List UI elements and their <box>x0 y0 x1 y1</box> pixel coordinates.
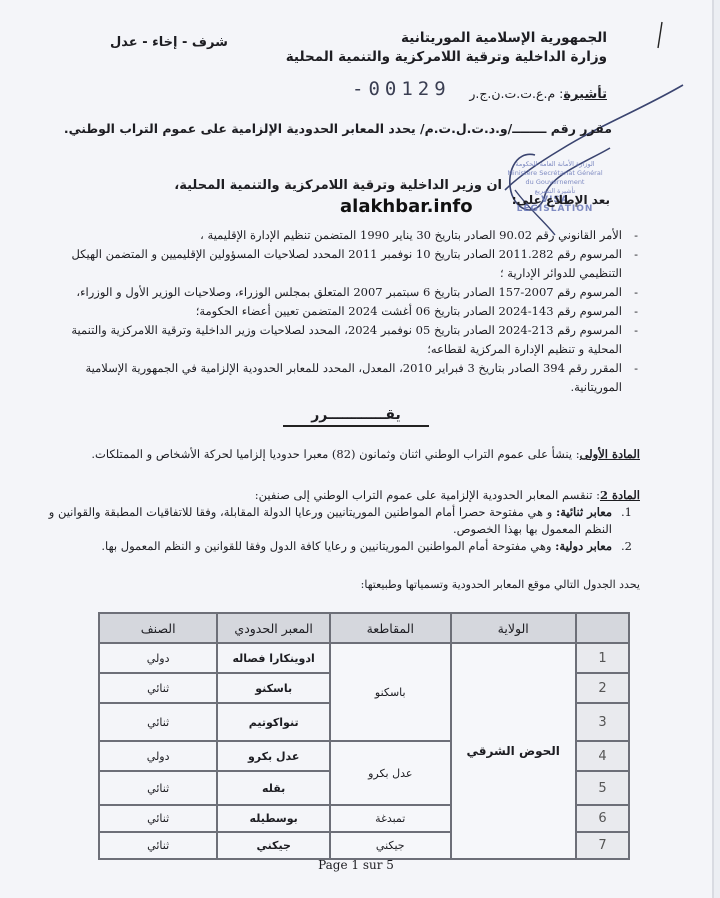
category-desc: وهي مفتوحة أمام المواطنين الموريتانيين و… <box>101 539 555 553</box>
stamp-line: الوزارة الأمانة العامة للحكومة <box>505 160 605 169</box>
type-cell: ثنائي <box>99 771 217 805</box>
type-cell: دولي <box>99 643 217 673</box>
moughataa-cell: تمبدغة <box>330 805 450 832</box>
document-page: الجمهورية الإسلامية الموريتانية وزارة ال… <box>0 0 714 898</box>
moughataa-cell: باسكنو <box>330 643 450 741</box>
decree-title: مقرر رقم ــــــــ/و.د.ت.ل.ت.م/ يحدد المع… <box>52 121 612 136</box>
header-num <box>576 613 629 643</box>
row-number: 5 <box>576 771 629 805</box>
article-1-label: المادة الأولى <box>580 447 640 461</box>
crossing-cell: عدل بكرو <box>217 741 330 771</box>
watermark: alakhbar.info <box>340 196 473 217</box>
type-cell: ثنائي <box>99 832 217 859</box>
reference-item: المرسوم رقم 143-2024 الصادر بتاريخ 06 أغ… <box>50 302 640 321</box>
category-item: 1. معابر ثنائية: و هي مفتوحة حصرا أمام ا… <box>30 504 640 538</box>
national-motto: شرف - إخاء - عدل <box>110 35 228 50</box>
header-crossing: المعبر الحدودي <box>217 613 330 643</box>
moughataa-cell: عدل بكرو <box>330 741 450 805</box>
visa-value: : م.ع.ت.ت.ن.ج.ر <box>469 86 563 101</box>
category-item: 2. معابر دولية: وهي مفتوحة أمام المواطني… <box>30 538 640 555</box>
type-cell: دولي <box>99 741 217 771</box>
reference-item: المرسوم رقم 213-2024 الصادر بتاريخ 05 نو… <box>50 321 640 359</box>
decides-text: يقــــــــــــرر <box>283 407 429 427</box>
border-crossings-table: الولاية المقاطعة المعبر الحدودي الصنف 1 … <box>98 612 630 860</box>
article-2-text: : تنقسم المعابر الحدودية الإلزامية على ع… <box>255 488 600 502</box>
stamp-line: Ministère Secrétariat Général du Gouvern… <box>505 169 605 187</box>
legal-references-list: الأمر القانوني رقم 90.02 الصادر بتاريخ 3… <box>50 226 640 397</box>
page-number: Page 1 sur 5 <box>0 858 712 872</box>
category-name: معابر دولية: <box>555 539 612 553</box>
crossing-cell: ادوينكارا فصاله <box>217 643 330 673</box>
header-moughataa: المقاطعة <box>330 613 450 643</box>
type-cell: ثنائي <box>99 805 217 832</box>
reference-item: المرسوم رقم 2011.282 الصادر بتاريخ 10 نو… <box>50 245 640 283</box>
article-1-text: : ينشأ على عموم التراب الوطني اثنان وثما… <box>91 447 579 461</box>
wilaya-cell: الحوض الشرقي <box>451 643 576 859</box>
category-list: 1. معابر ثنائية: و هي مفتوحة حصرا أمام ا… <box>30 504 640 555</box>
crossing-cell: جيكني <box>217 832 330 859</box>
reference-item: الأمر القانوني رقم 90.02 الصادر بتاريخ 3… <box>50 226 640 245</box>
type-cell: ثنائي <box>99 673 217 703</box>
category-desc: و هي مفتوحة حصرا أمام المواطنين الموريتا… <box>49 505 612 536</box>
crossing-cell: بوسطيله <box>217 805 330 832</box>
visa-label: تأشيرة <box>563 87 607 102</box>
article-1: المادة الأولى: ينشأ على عموم التراب الوط… <box>30 447 640 461</box>
header-wilaya: الولاية <box>451 613 576 643</box>
row-number: 7 <box>576 832 629 859</box>
category-number: 1. <box>621 504 632 521</box>
table-header-row: الولاية المقاطعة المعبر الحدودي الصنف <box>99 613 629 643</box>
moughataa-cell: جيكني <box>330 832 450 859</box>
after-review-label: بعد الإطلاع على: <box>512 193 610 207</box>
ministry-name: وزارة الداخلية وترقية اللامركزية والتنمي… <box>286 49 607 65</box>
minister-line: ان وزير الداخلية وترقية اللامركزية والتن… <box>174 178 502 193</box>
country-name: الجمهورية الإسلامية الموريتانية <box>401 30 607 46</box>
category-number: 2. <box>621 538 632 555</box>
row-number: 2 <box>576 673 629 703</box>
decides-heading: يقــــــــــــرر <box>0 407 712 427</box>
serial-number: -00129 <box>352 78 451 100</box>
row-number: 3 <box>576 703 629 741</box>
table-intro: يحدد الجدول التالي موقع المعابر الحدودية… <box>361 578 640 591</box>
visa-reference: تأشيرة: م.ع.ت.ت.ن.ج.ر <box>469 86 607 102</box>
reference-item: المقرر رقم 394 الصادر بتاريخ 3 فبراير 20… <box>50 359 640 397</box>
crossing-cell: بقله <box>217 771 330 805</box>
reference-item: المرسوم رقم 2007-157 الصادر بتاريخ 6 سبت… <box>50 283 640 302</box>
table-row: 1 الحوض الشرقي باسكنو ادوينكارا فصاله دو… <box>99 643 629 673</box>
row-number: 1 <box>576 643 629 673</box>
header-type: الصنف <box>99 613 217 643</box>
crossing-cell: باسكنو <box>217 673 330 703</box>
row-number: 6 <box>576 805 629 832</box>
type-cell: ثنائي <box>99 703 217 741</box>
row-number: 4 <box>576 741 629 771</box>
category-name: معابر ثنائية: <box>556 505 612 519</box>
crossing-cell: تنواكوتيم <box>217 703 330 741</box>
article-2: المادة 2: تنقسم المعابر الحدودية الإلزام… <box>30 487 640 555</box>
article-2-label: المادة 2 <box>600 488 640 502</box>
